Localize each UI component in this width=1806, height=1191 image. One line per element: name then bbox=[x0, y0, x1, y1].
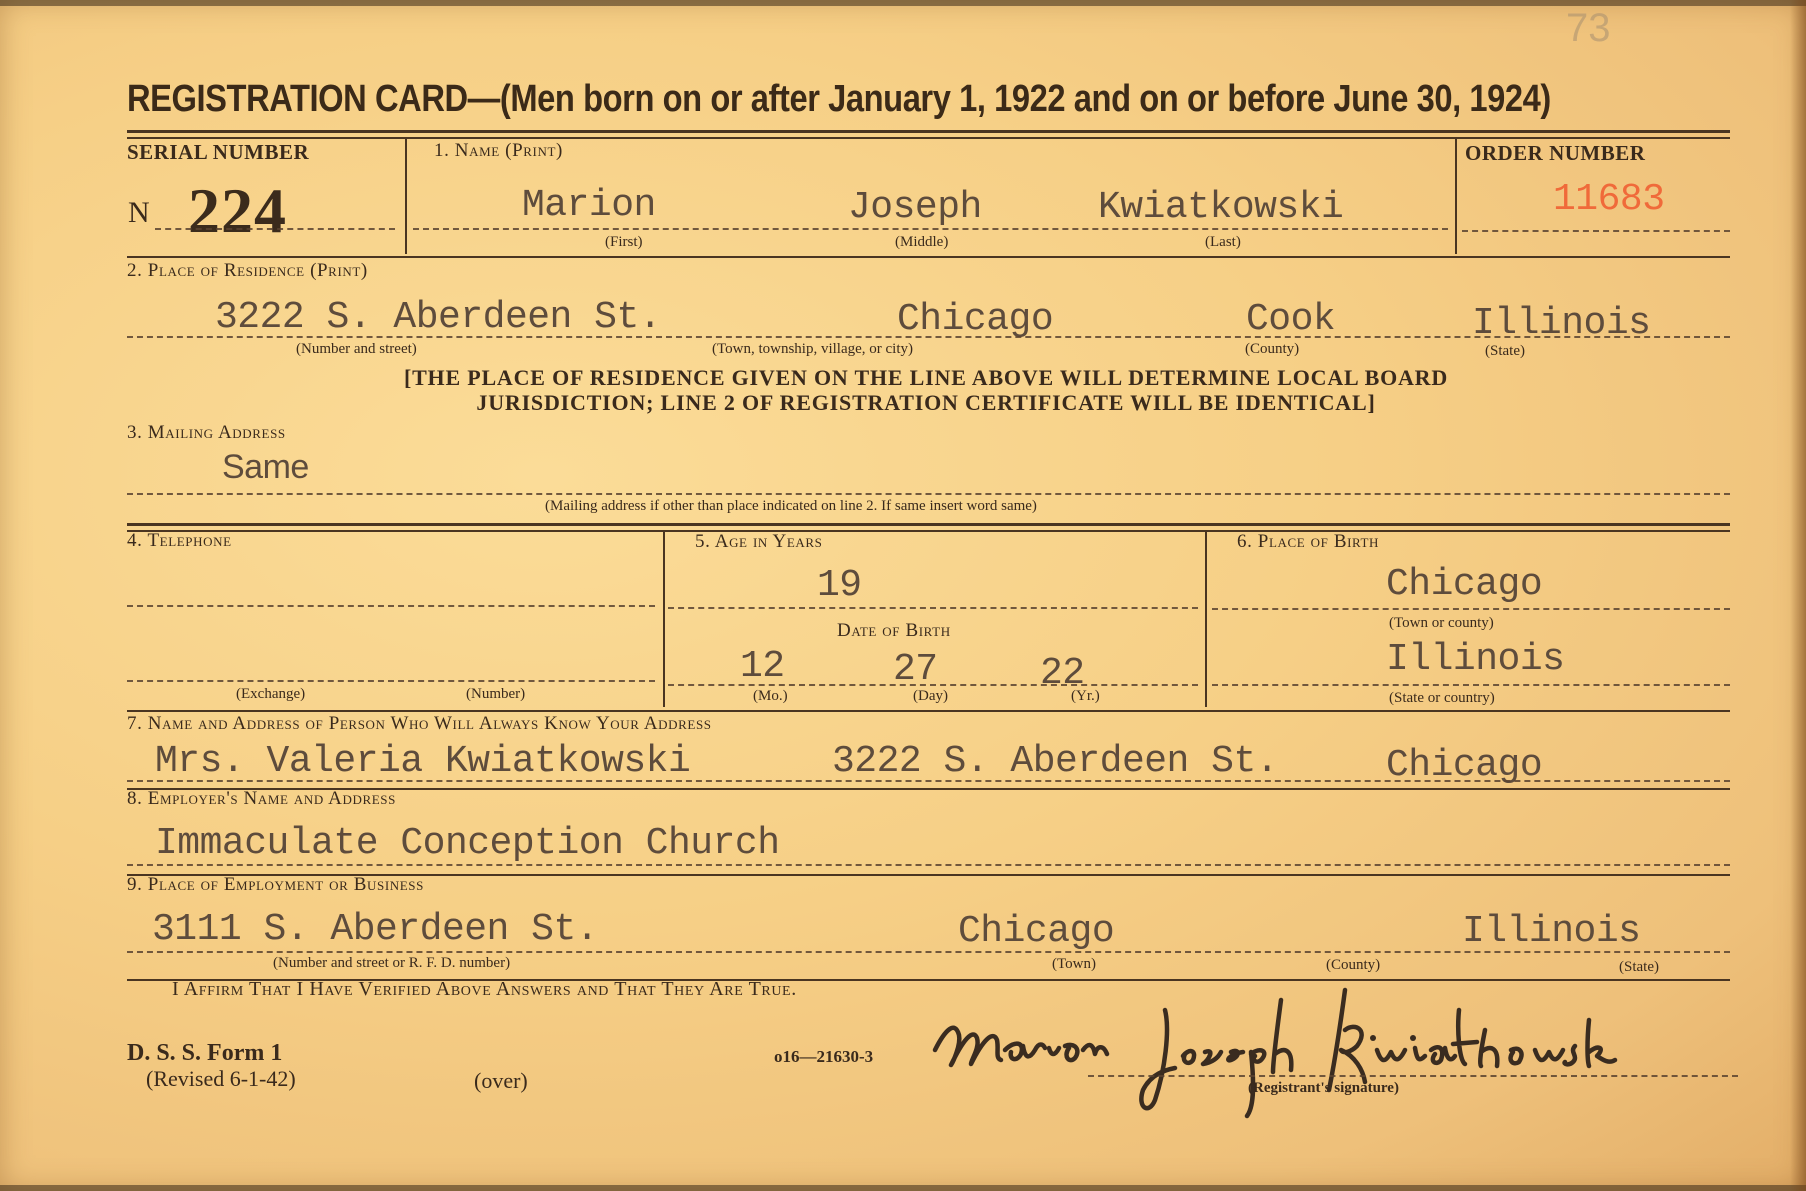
contact-line bbox=[127, 780, 1730, 782]
order-number: 11683 bbox=[1553, 178, 1665, 221]
employment-state: Illinois bbox=[1462, 910, 1640, 953]
name-middle: Joseph bbox=[848, 186, 982, 229]
mailing-value: Same bbox=[222, 448, 309, 487]
signature-caption: (Registrant's signature) bbox=[1248, 1080, 1399, 1097]
birthplace-town: Chicago bbox=[1386, 563, 1542, 606]
telephone-exchange-line bbox=[127, 605, 655, 607]
over-label: (over) bbox=[474, 1068, 528, 1094]
telephone-divider bbox=[663, 532, 665, 707]
mailing-caption: (Mailing address if other than place ind… bbox=[545, 498, 1037, 515]
age-line bbox=[668, 607, 1198, 609]
contact-label: 7. Name and Address of Person Who Will A… bbox=[127, 713, 712, 735]
age-divider bbox=[1205, 532, 1207, 707]
dob-month-caption: (Mo.) bbox=[753, 688, 788, 705]
residence-city-caption: (Town, township, village, or city) bbox=[712, 341, 913, 358]
title-rule bbox=[127, 130, 1730, 133]
signature-line bbox=[1088, 1075, 1738, 1077]
birthplace-state-line bbox=[1212, 684, 1730, 686]
serial-divider bbox=[405, 139, 407, 254]
row3-rule-2 bbox=[127, 530, 1730, 532]
employer-label: 8. Employer's Name and Address bbox=[127, 788, 396, 810]
name-first-caption: (First) bbox=[605, 234, 643, 251]
dob-year-caption: (Yr.) bbox=[1071, 688, 1100, 705]
serial-prefix: N bbox=[128, 196, 150, 230]
name-line bbox=[413, 228, 1448, 230]
order-label: ORDER NUMBER bbox=[1465, 141, 1645, 166]
order-line bbox=[1462, 230, 1730, 232]
employer-value: Immaculate Conception Church bbox=[155, 822, 780, 865]
residence-state-caption: (State) bbox=[1485, 343, 1525, 360]
dob-line bbox=[668, 684, 1198, 686]
residence-county-caption: (County) bbox=[1245, 341, 1299, 358]
employment-county-caption: (County) bbox=[1326, 957, 1380, 974]
row3-rule bbox=[127, 523, 1730, 526]
serial-line bbox=[155, 228, 395, 230]
title-rule-2 bbox=[127, 137, 1730, 139]
employment-state-caption: (State) bbox=[1619, 959, 1659, 976]
residence-state: Illinois bbox=[1472, 302, 1650, 345]
serial-label: SERIAL NUMBER bbox=[127, 140, 309, 165]
card-title: REGISTRATION CARD—(Men born on or after … bbox=[127, 78, 1551, 121]
row6-rule bbox=[127, 710, 1730, 712]
age-value: 19 bbox=[817, 564, 862, 607]
employment-line bbox=[127, 951, 1730, 953]
contact-name: Mrs. Valeria Kwiatkowski bbox=[155, 740, 690, 783]
serial-number: 224 bbox=[188, 174, 287, 248]
telephone-label: 4. Telephone bbox=[127, 530, 232, 552]
residence-county: Cook bbox=[1246, 298, 1335, 341]
name-label: 1. Name (Print) bbox=[434, 140, 563, 162]
age-label: 5. Age in Years bbox=[695, 531, 822, 553]
name-first: Marion bbox=[522, 184, 656, 227]
contact-street: 3222 S. Aberdeen St. bbox=[832, 740, 1278, 783]
residence-street: 3222 S. Aberdeen St. bbox=[215, 296, 661, 339]
mailing-label: 3. Mailing Address bbox=[127, 422, 286, 444]
card-edge-top bbox=[0, 0, 1806, 6]
employment-street: 3111 S. Aberdeen St. bbox=[152, 908, 598, 951]
dob-label: Date of Birth bbox=[837, 620, 951, 642]
residence-label: 2. Place of Residence (Print) bbox=[127, 260, 368, 282]
dob-month: 12 bbox=[740, 645, 785, 688]
employment-town-caption: (Town) bbox=[1052, 956, 1096, 973]
employer-line bbox=[127, 864, 1730, 866]
employment-street-caption: (Number and street or R. F. D. number) bbox=[273, 955, 510, 972]
affirmation-text: I Affirm That I Have Verified Above Answ… bbox=[172, 978, 797, 1001]
residence-city: Chicago bbox=[897, 298, 1053, 341]
residence-notice-line1: [THE PLACE OF RESIDENCE GIVEN ON THE LIN… bbox=[226, 365, 1626, 390]
employment-town: Chicago bbox=[958, 910, 1114, 953]
name-last: Kwiatkowski bbox=[1098, 186, 1343, 229]
dob-day-caption: (Day) bbox=[913, 688, 948, 705]
telephone-exchange-caption: (Exchange) bbox=[236, 686, 305, 703]
order-divider bbox=[1455, 139, 1457, 254]
birthplace-town-line bbox=[1212, 608, 1730, 610]
registrant-signature bbox=[925, 990, 1805, 1120]
signature-icon bbox=[925, 990, 1805, 1120]
residence-street-caption: (Number and street) bbox=[296, 341, 417, 358]
mailing-line bbox=[127, 493, 1730, 495]
birthplace-state: Illinois bbox=[1386, 638, 1564, 681]
telephone-number-line bbox=[127, 680, 655, 682]
registration-card: 73 REGISTRATION CARD—(Men born on or aft… bbox=[0, 0, 1806, 1191]
pencil-mark: 73 bbox=[1566, 6, 1611, 51]
birthplace-town-caption: (Town or county) bbox=[1389, 615, 1494, 632]
print-code: o16—21630-3 bbox=[774, 1047, 873, 1067]
residence-notice-line2: JURISDICTION; LINE 2 OF REGISTRATION CER… bbox=[226, 390, 1626, 415]
residence-line bbox=[127, 336, 1730, 338]
form-revised: (Revised 6-1-42) bbox=[146, 1066, 296, 1092]
employment-label: 9. Place of Employment or Business bbox=[127, 874, 424, 896]
form-name: D. S. S. Form 1 bbox=[127, 1040, 282, 1067]
row1-rule bbox=[127, 256, 1730, 258]
card-edge-bottom bbox=[0, 1185, 1806, 1191]
name-middle-caption: (Middle) bbox=[895, 234, 948, 251]
telephone-number-caption: (Number) bbox=[466, 686, 525, 703]
birthplace-state-caption: (State or country) bbox=[1389, 690, 1495, 707]
birthplace-label: 6. Place of Birth bbox=[1237, 531, 1379, 553]
name-last-caption: (Last) bbox=[1205, 234, 1241, 251]
